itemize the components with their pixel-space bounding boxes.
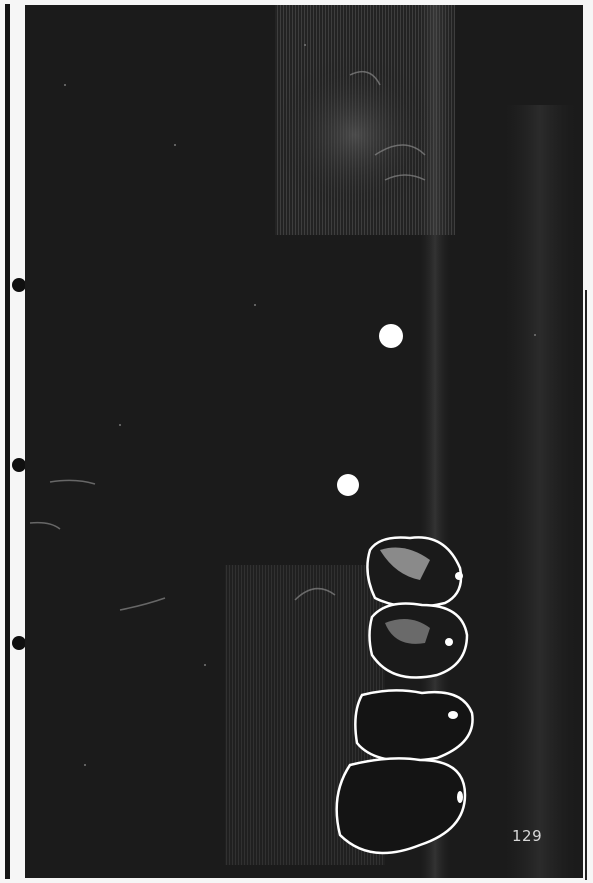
binding-hole	[12, 636, 26, 650]
binding-hole	[12, 278, 26, 292]
glowing-orb	[337, 474, 359, 496]
right-edge-line	[585, 290, 587, 880]
binding-hole	[12, 458, 26, 472]
glowing-orb	[379, 324, 403, 348]
light-streak	[505, 105, 575, 878]
artwork-illustration	[25, 5, 583, 878]
artwork-panel: 129	[25, 5, 583, 878]
page-number: 129	[512, 827, 542, 845]
binding-edge-line	[5, 4, 10, 879]
